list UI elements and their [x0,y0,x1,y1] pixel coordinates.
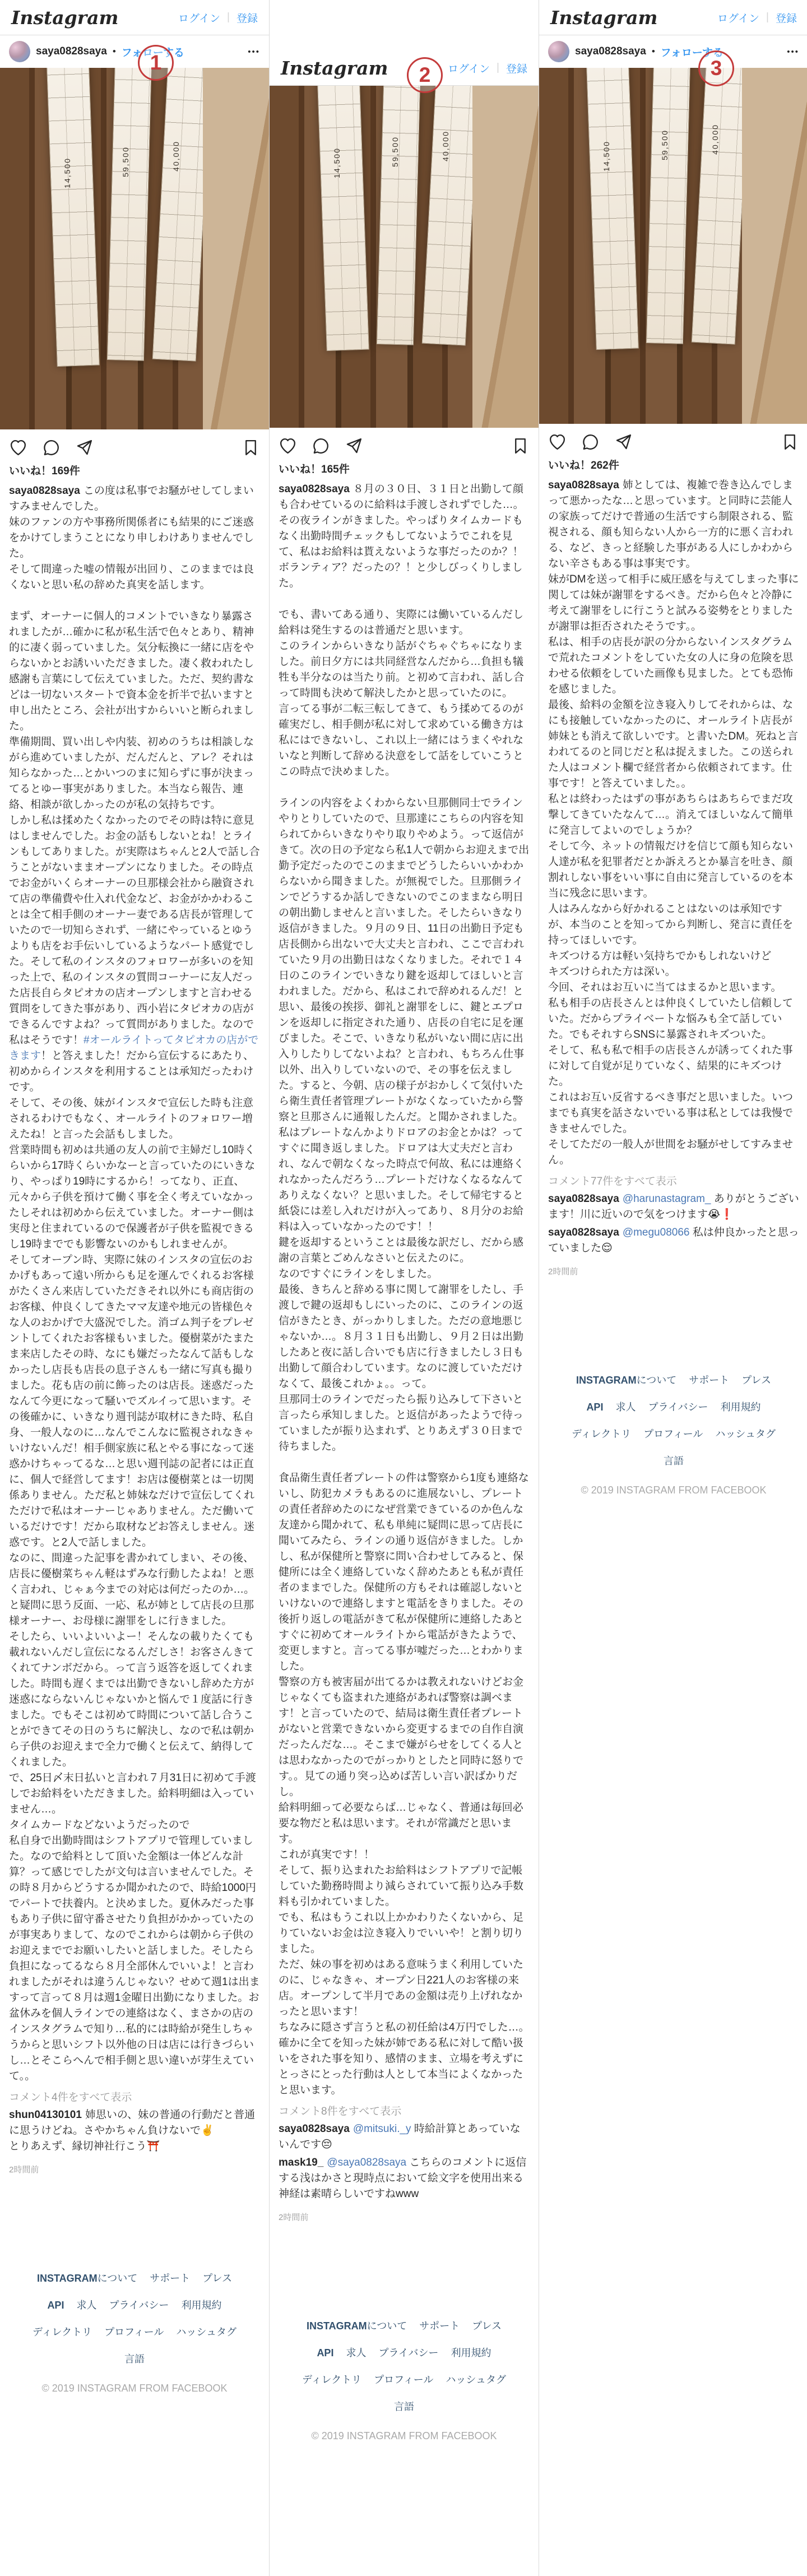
caption-paragraph: 警察の方も被害届が出てるかは教えれないけどお金じゃなくても盗まれた連絡があれば警… [279,1675,530,1800]
instagram-footer: INSTAGRAMについてサポートプレスAPI求人プライバシー利用規約ディレクト… [539,1372,807,1511]
footer-link[interactable]: 求人 [346,2347,366,2358]
like-count[interactable]: いいね！169件 [0,460,269,483]
instagram-header: Instagram ログイン | 登録 [539,0,807,35]
comment-username[interactable]: shun04130101 [9,2109,82,2121]
caption-paragraph: saya0828saya姉としては、複雑で巻き込んでしまって悪かったな…と思って… [548,478,799,572]
caption-paragraph: saya0828saya８月の３０日、３１日と出勤して顔も合わせているのに給料は… [279,482,530,513]
footer-link[interactable]: 言語 [124,2353,145,2365]
post-caption: saya0828saya８月の３０日、３１日と出勤して顔も合わせているのに給料は… [270,482,539,2098]
payslip-amount: 59,500 [121,146,130,177]
action-bar [270,428,539,459]
instagram-footer: INSTAGRAMについてサポートプレスAPI求人プライバシー利用規約ディレクト… [270,2318,539,2457]
post-photo-payslips: 14,500 59,500 40,000 [270,86,539,428]
auth-links: ログイン | 登録 [448,61,527,76]
caption-paragraph: なのですぐにラインをしました。 [279,1266,530,1282]
register-link[interactable]: 登録 [506,61,527,76]
caption-paragraph: 妹のファンの方や事務所関係者にも結果的にご迷惑をかけてしまうことになり申しわけあ… [9,515,260,562]
share-plane-icon[interactable] [345,437,363,455]
action-bar [0,429,269,460]
caption-paragraph: ただ、妹の事を初めはある意味うまく利用していたのに、じゃなきゃ、オープン日221… [279,1957,530,2020]
instagram-header: Instagram ログイン | 登録 [0,0,269,35]
view-all-comments-link[interactable]: コメント77件をすべて表示 [539,1168,807,1190]
register-link[interactable]: 登録 [776,10,797,25]
avatar[interactable] [9,41,30,62]
caption-paragraph: その夜ラインがきました。やっぱりタイムカードもなく出勤時間チェックもしてないよう… [279,513,530,591]
photo-wall [742,68,807,424]
auth-links: ログイン | 登録 [717,10,797,25]
footer-link[interactable]: 利用規約 [721,1402,761,1413]
mention-link[interactable]: @mitsuki._y [353,2123,411,2135]
footer-row: API求人プライバシー利用規約 [270,2345,539,2360]
footer-row: API求人プライバシー利用規約 [0,2297,269,2312]
footer-row: ディレクトリプロフィールハッシュタグ [270,2372,539,2387]
share-plane-icon[interactable] [614,433,633,451]
footer-row: 言語 [0,2351,269,2366]
payslip-amount: 40,000 [441,131,450,161]
caption-username[interactable]: saya0828saya [9,485,80,497]
register-link[interactable]: 登録 [236,10,258,25]
post-caption: saya0828sayaこの度は私事でお騒がせしてしまいすみませんでした。妹のフ… [0,483,269,2084]
comment-list: saya0828saya@harunastagram_ ありがとうございます！川… [539,1190,807,1256]
post-photo-payslips: 14,500 59,500 40,000 [539,68,807,424]
view-all-comments-link[interactable]: コメント4件をすべて表示 [0,2084,269,2106]
caption-paragraph: タイムカードなどないようだったので [9,1817,260,1833]
footer-row: INSTAGRAMについてサポートプレス [0,2270,269,2285]
caption-paragraph: ラインの内容をよくわからない旦那側同士でラインやりとりしていたので、旦那達にこち… [279,796,530,1125]
mention-link[interactable]: @megu08066 [623,1227,690,1238]
instagram-header: Instagram ログイン | 登録 [270,50,539,86]
caption-paragraph [279,1455,530,1470]
photo-wall [472,86,539,428]
footer-link[interactable]: プライバシー [378,2347,438,2358]
annotation-circle-3: 3 [698,50,734,86]
mention-link[interactable]: @harunastagram_ [623,1193,711,1205]
photo-wall [203,68,269,429]
comment-username[interactable]: saya0828saya [548,1193,619,1205]
footer-link[interactable]: 利用規約 [182,2300,222,2311]
caption-paragraph [279,591,530,607]
caption-paragraph: そして今、ネットの情報だけを信じて顔も知らない人達が私を犯罪者だとか訴えろとか暴… [548,839,799,901]
bookmark-icon[interactable] [781,433,799,451]
footer-link[interactable]: ディレクトリ [302,2374,361,2385]
post-caption: saya0828saya姉としては、複雑で巻き込んでしまって悪かったな…と思って… [539,478,807,1168]
caption-paragraph: で、25日〆末日払いと言われ７月31日に初めて手渡しでお給料をいただきました。給… [9,1770,260,1817]
footer-link[interactable]: サポート [419,2320,460,2332]
footer-link[interactable]: 利用規約 [451,2347,491,2358]
footer-link[interactable]: プロフィール [104,2327,164,2338]
hashtag-link[interactable]: #オールライトってタピオカの店ができます [9,1034,258,1062]
bookmark-icon[interactable] [511,437,530,455]
caption-paragraph: これはお互い反省するべき事だと思いました。いつまでも真実を話さないでいる事は私と… [548,1090,799,1137]
caption-username[interactable]: saya0828saya [548,479,619,491]
caption-paragraph: キズつけられた方は深い。 [548,964,799,980]
comment-username[interactable]: saya0828saya [279,2123,350,2135]
caption-paragraph: そしてオープン時、実際に妹のインスタの宣伝のおかげもあって遠い所からも足を運んで… [9,1252,260,1551]
comment-row: mask19_@saya0828saya こちらのコメントに返信する浅はかさと現… [279,2155,530,2202]
caption-paragraph: そして、その後、妹がインスタで宣伝した時も注意されるわけでもなく、オールライトの… [9,1095,260,1143]
caption-paragraph [279,780,530,796]
footer-link[interactable]: INSTAGRAMについて [37,2273,137,2284]
payslip-amount: 59,500 [660,130,669,160]
caption-paragraph: 人はみんなから好かれることはないのは承知ですが、本当のことを知ってから判断し、発… [548,901,799,949]
footer-link[interactable]: INSTAGRAMについて [307,2320,407,2332]
like-count[interactable]: いいね！165件 [270,459,539,482]
caption-paragraph: 妹がDMを送って相手に威圧感を与えてしまった事に関しては妹が謝罪をするべき。だか… [548,572,799,635]
caption-paragraph: 私は、相手の店長が訳の分からないインスタグラムで荒れたコメントをしていた女の人に… [548,635,799,697]
comment-icon[interactable] [42,438,61,457]
login-link[interactable]: ログイン [178,10,220,25]
footer-link[interactable]: プロフィール [374,2374,433,2385]
mention-link[interactable]: @saya0828saya [327,2157,406,2168]
footer-link[interactable]: ディレクトリ [33,2327,92,2338]
payslip-amount: 40,000 [711,124,720,155]
footer-row: INSTAGRAMについてサポートプレス [539,1372,807,1387]
like-heart-icon[interactable] [279,437,297,455]
profile-row: saya0828saya • フォローする ••• [0,35,269,68]
comment-row: saya0828saya@mitsuki._y 時給計算とあっていないんです😔 [279,2121,530,2153]
footer-link[interactable]: プレス [472,2320,502,2332]
profile-row: saya0828saya • フォローする ••• [539,35,807,68]
separator-dot: • [652,46,655,57]
footer-link[interactable]: API [317,2347,333,2358]
caption-paragraph: 私はプレートなんかよりドロアのお金とかは？ってすぐに聞き返しました。ドロアは大丈… [279,1125,530,1235]
top-whitespace [270,0,539,50]
caption-paragraph: 最後、きちんと辞める事に関して謝罪をしたし、手渡しで鍵の返却もしにいったのに、こ… [279,1282,530,1392]
footer-link[interactable]: プレス [741,1375,771,1386]
divider: | [766,11,769,24]
more-options-icon[interactable]: ••• [248,47,260,57]
post-photo-payslips: 14,500 59,500 40,000 [0,68,269,429]
payslip-amount: 40,000 [171,141,180,172]
caption-paragraph: ちなみに隠さず言うと私の初任給は4万円でした…。 [279,2020,530,2036]
caption-paragraph: このラインからいきなり話がぐちゃぐちゃになりました。前日夕方には共同経営なんだか… [279,639,530,701]
caption-paragraph: 食品衛生責任者プレートの件は警察から1度も連絡ないし、防犯カメラもあるのに進展な… [279,1470,530,1675]
caption-paragraph: 私自身で出勤時間はシフトアプリで管理していました。なので給料として頂いた金額は一… [9,1833,260,2084]
separator-dot: • [113,46,116,57]
footer-row: ディレクトリプロフィールハッシュタグ [539,1426,807,1441]
footer-row: 言語 [270,2399,539,2413]
footer-link[interactable]: ディレクトリ [572,1428,631,1440]
timestamp: 2時間前 [0,2157,269,2175]
like-heart-icon[interactable] [548,433,567,451]
comment-username[interactable]: saya0828saya [548,1227,619,1238]
footer-link[interactable]: プロフィール [643,1428,703,1440]
footer-row: 言語 [539,1453,807,1468]
comment-row: saya0828saya@harunastagram_ ありがとうございます！川… [548,1191,799,1223]
post-screenshot-2: Instagram ログイン | 登録 14,500 59,500 40,000… [269,0,539,2576]
comment-list: saya0828saya@mitsuki._y 時給計算とあっていないんです😔m… [270,2120,539,2202]
caption-paragraph: まず、オーナーに個人的コメントでいきなり暴露されましたが…確かに私が私生活で色々… [9,609,260,734]
footer-row: INSTAGRAMについてサポートプレス [270,2318,539,2333]
caption-paragraph: なのに、間違った記事を書かれてしまい、その後、店長に優樹菜ちゃん軽はずみな行動し… [9,1551,260,1629]
caption-paragraph [9,593,260,609]
caption-paragraph: そして、私も私で相手の店長さんが誘ってくれた事に対して自覚が足りていなく、結果的… [548,1043,799,1090]
timestamp: 2時間前 [539,1259,807,1277]
footer-link[interactable]: ハッシュタグ [715,1428,776,1440]
share-plane-icon[interactable] [75,438,94,457]
username[interactable]: saya0828saya [36,45,107,58]
footer-link[interactable]: API [586,1402,603,1413]
caption-paragraph: そして、振り込まれたお給料はシフトアプリで記帳していた勤務時間より減らされていて… [279,1863,530,1910]
caption-username[interactable]: saya0828saya [279,483,350,495]
bookmark-icon[interactable] [242,438,260,457]
footer-link[interactable]: API [47,2300,64,2311]
copyright: © 2019 INSTAGRAM FROM FACEBOOK [270,2430,539,2442]
login-link[interactable]: ログイン [448,61,490,76]
annotation-circle-1: 1 [138,45,174,81]
divider: | [227,11,230,24]
comment-icon[interactable] [312,437,330,455]
footer-row: ディレクトリプロフィールハッシュタグ [0,2324,269,2339]
username[interactable]: saya0828saya [575,45,646,58]
post-screenshot-3: Instagram ログイン | 登録 saya0828saya • フォローす… [539,0,807,2576]
comment-icon[interactable] [581,433,600,451]
comment-row: shun04130101姉思いの、妹の普通の行動だと普通に思うけどね。さやかちゃ… [9,2107,260,2154]
instagram-logo[interactable]: Instagram [11,7,118,29]
caption-paragraph: 私とは終わったはずの事があちらはあちらでまだ攻撃してきていたなんて…。消えてほし… [548,792,799,839]
footer-link[interactable]: 求人 [76,2300,96,2311]
post-screenshot-1: Instagram ログイン | 登録 saya0828saya • フォローす… [0,0,269,2409]
payslip-amount: 14,500 [63,158,72,188]
more-options-icon[interactable]: ••• [787,47,799,57]
caption-paragraph: キズつける方は軽い気持ちでかもしれないけど [548,949,799,964]
caption-paragraph: 今回、それはお互いに当てはまるかと思います。 [548,980,799,996]
caption-paragraph: 私も相手の店長さんとは仲良くしていたし信頼していた。だからプライベートな悩みも全… [548,996,799,1043]
footer-link[interactable]: プレス [202,2273,232,2284]
caption-paragraph: 確かに全てを知った妹が姉である私に対して酷い扱いをされた事を知り、感情のまま、立… [279,2036,530,2098]
action-bar [539,424,807,455]
caption-paragraph: 給料明細って必要ならば…じゃなく、普通は毎回必要な物だと私は思います。それが常識… [279,1800,530,1847]
divider: | [497,62,499,74]
footer-link[interactable]: 言語 [394,2401,414,2412]
footer-link[interactable]: プライバシー [648,1402,708,1413]
auth-links: ログイン | 登録 [178,10,258,25]
footer-link[interactable]: ハッシュタグ [176,2327,236,2338]
caption-paragraph: でも、書いてある通り、実際には働いているんだし給料は発生するのは普通だと思います… [279,607,530,639]
instagram-logo[interactable]: Instagram [550,7,657,29]
like-heart-icon[interactable] [9,438,27,457]
caption-paragraph: saya0828sayaこの度は私事でお騒がせしてしまいすみませんでした。 [9,483,260,515]
view-all-comments-link[interactable]: コメント8件をすべて表示 [270,2098,539,2120]
caption-paragraph: 準備期間、買い出しや内装、初めのうちは相談しながら進めていましたが、だんだんと、… [9,734,260,813]
footer-link[interactable]: プライバシー [109,2300,169,2311]
login-link[interactable]: ログイン [717,10,759,25]
footer-link[interactable]: 言語 [664,1455,684,1467]
footer-link[interactable]: ハッシュタグ [446,2374,506,2385]
payslip-amount: 14,500 [602,141,611,172]
like-count[interactable]: いいね！262件 [539,455,807,478]
footer-link[interactable]: サポート [689,1375,729,1386]
copyright: © 2019 INSTAGRAM FROM FACEBOOK [0,2383,269,2394]
caption-paragraph: 旦那同士のラインでだったら振り込みして下さいと言ったら承知しました。と返信があっ… [279,1392,530,1455]
caption-paragraph: これが真実です！！ [279,1847,530,1863]
caption-paragraph: そして間違った嘘の情報が出回り、このままでは良くないと思い私の辞めた真実を話しま… [9,562,260,593]
comment-list: shun04130101姉思いの、妹の普通の行動だと普通に思うけどね。さやかちゃ… [0,2106,269,2154]
timestamp: 2時間前 [270,2204,539,2223]
annotation-circle-2: 2 [407,57,443,93]
comment-row: saya0828saya@megu08066 私は仲良かったと思っていました😌 [548,1225,799,1256]
caption-paragraph: そしてただの一般人が世間をお騒がせしてすみません。 [548,1137,799,1168]
caption-paragraph: 営業時間も初めは共通の友人の前で主婦だし10時くらいから17時くらいかなーと言っ… [9,1143,260,1252]
payslip-amount: 14,500 [332,147,341,178]
comment-username[interactable]: mask19_ [279,2157,323,2168]
caption-paragraph: 鍵を返却するということは最後な訳だし、だから感謝の言葉とごめんなさいと伝えたのに… [279,1235,530,1266]
footer-row: API求人プライバシー利用規約 [539,1399,807,1414]
footer-link[interactable]: INSTAGRAMについて [576,1375,676,1386]
instagram-logo[interactable]: Instagram [281,57,388,79]
avatar[interactable] [548,41,569,62]
caption-paragraph: でも、私はもうこれ以上かかわりたくないから、足りていないお金は泣き寝入りでいいや… [279,1910,530,1957]
caption-paragraph: しかし私は揉めたくなかったのでその時は特に意見はしませんでした。お金の話もしない… [9,813,260,1095]
caption-paragraph: 最後、給料の金額を泣き寝入りしてそれからは、なにも接触していなかったのに、オール… [548,697,799,792]
caption-paragraph: 言ってる事が二転三転してきて、もう揉めてるのが確実だし、相手側が私に対して求めて… [279,701,530,780]
instagram-footer: INSTAGRAMについてサポートプレスAPI求人プライバシー利用規約ディレクト… [0,2270,269,2409]
payslip-amount: 59,500 [391,136,400,167]
footer-link[interactable]: 求人 [615,1402,636,1413]
caption-paragraph: そしたら、いいよいいよー！そんなの載りたくても載れないんだし宣伝になるんだしさ！… [9,1629,260,1770]
footer-link[interactable]: サポート [150,2273,190,2284]
copyright: © 2019 INSTAGRAM FROM FACEBOOK [539,1484,807,1496]
